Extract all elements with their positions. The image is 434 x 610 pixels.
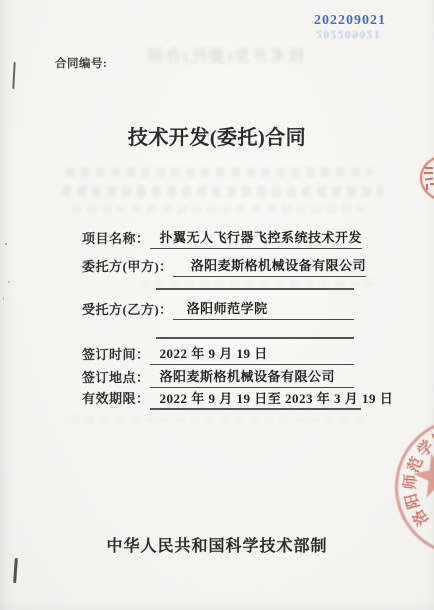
field-signing-place: 签订地点： 洛阳麦斯格机械设备有限公司 [82,369,354,388]
bleed-through-artifact [72,205,368,213]
bleed-through-artifact [66,168,372,177]
field-value: 2022 年 9 月 19 日至 2023 年 3 月 19 日 [150,391,394,409]
pen-mark-artifact [13,558,18,583]
scan-speck [5,243,7,245]
serial-number-bleed-ghost: 202209021 [316,27,381,42]
field-value: 洛阳麦斯格机械设备有限公司 [173,258,367,277]
seal-text-fragment [425,167,433,169]
field-value: 2022 年 9 月 19 日 [150,346,354,365]
bleed-through-artifact [62,186,384,197]
field-value: 洛阳麦斯格机械设备有限公司 [150,369,354,388]
field-trustee-party-b: 受托方(乙方)： 洛阳师范学院 [82,301,354,320]
seal-text-fragment [424,172,433,174]
footer-imprint: 中华人民共和国科学技术部制 [0,533,434,556]
seal-text-fragment [430,183,434,185]
field-signing-date: 签订时间： 2022 年 9 月 19 日 [82,346,354,365]
bleed-through-artifact [140,280,378,287]
partial-seal-top [418,150,434,210]
title-bleed-ghost: 技术开发(委托)合同 [118,43,332,66]
pen-mark-artifact [12,62,15,89]
field-label: 签订时间： [82,347,150,365]
field-value: 洛阳师范学院 [173,301,354,320]
bleed-through-artifact [70,416,370,423]
field-client-party-a: 委托方(甲方)： 洛阳麦斯格机械设备有限公司 [82,258,354,277]
contract-number-label: 合同编号: [55,55,107,71]
blank-underline [156,337,354,339]
field-label: 受托方(乙方)： [82,302,173,320]
blank-underline [156,288,354,290]
page-title: 技术开发(委托)合同 [0,121,434,150]
seal-text-fragment [426,184,428,190]
field-label: 有效期限： [82,391,150,409]
field-value: 扑翼无人飞行器飞控系统技术开发 [150,230,363,249]
field-label: 委托方(甲方)： [82,259,173,277]
seal-char: 师 [402,473,419,490]
scan-speck [8,281,10,283]
official-seal: ★ 洛 阳 师 范 学 院 [384,418,434,588]
field-underline [150,408,361,410]
field-label: 项目名称： [82,231,150,249]
scan-speck [3,297,4,300]
scanned-contract-page: 202209021 202209021 合同编号: 技术开发(委托)合同 技术开… [0,0,434,610]
field-label: 签订地点： [82,370,150,388]
field-project-name: 项目名称： 扑翼无人飞行器飞控系统技术开发 [82,230,354,249]
field-validity-period: 有效期限： 2022 年 9 月 19 日至 2023 年 3 月 19 日 [82,391,382,409]
